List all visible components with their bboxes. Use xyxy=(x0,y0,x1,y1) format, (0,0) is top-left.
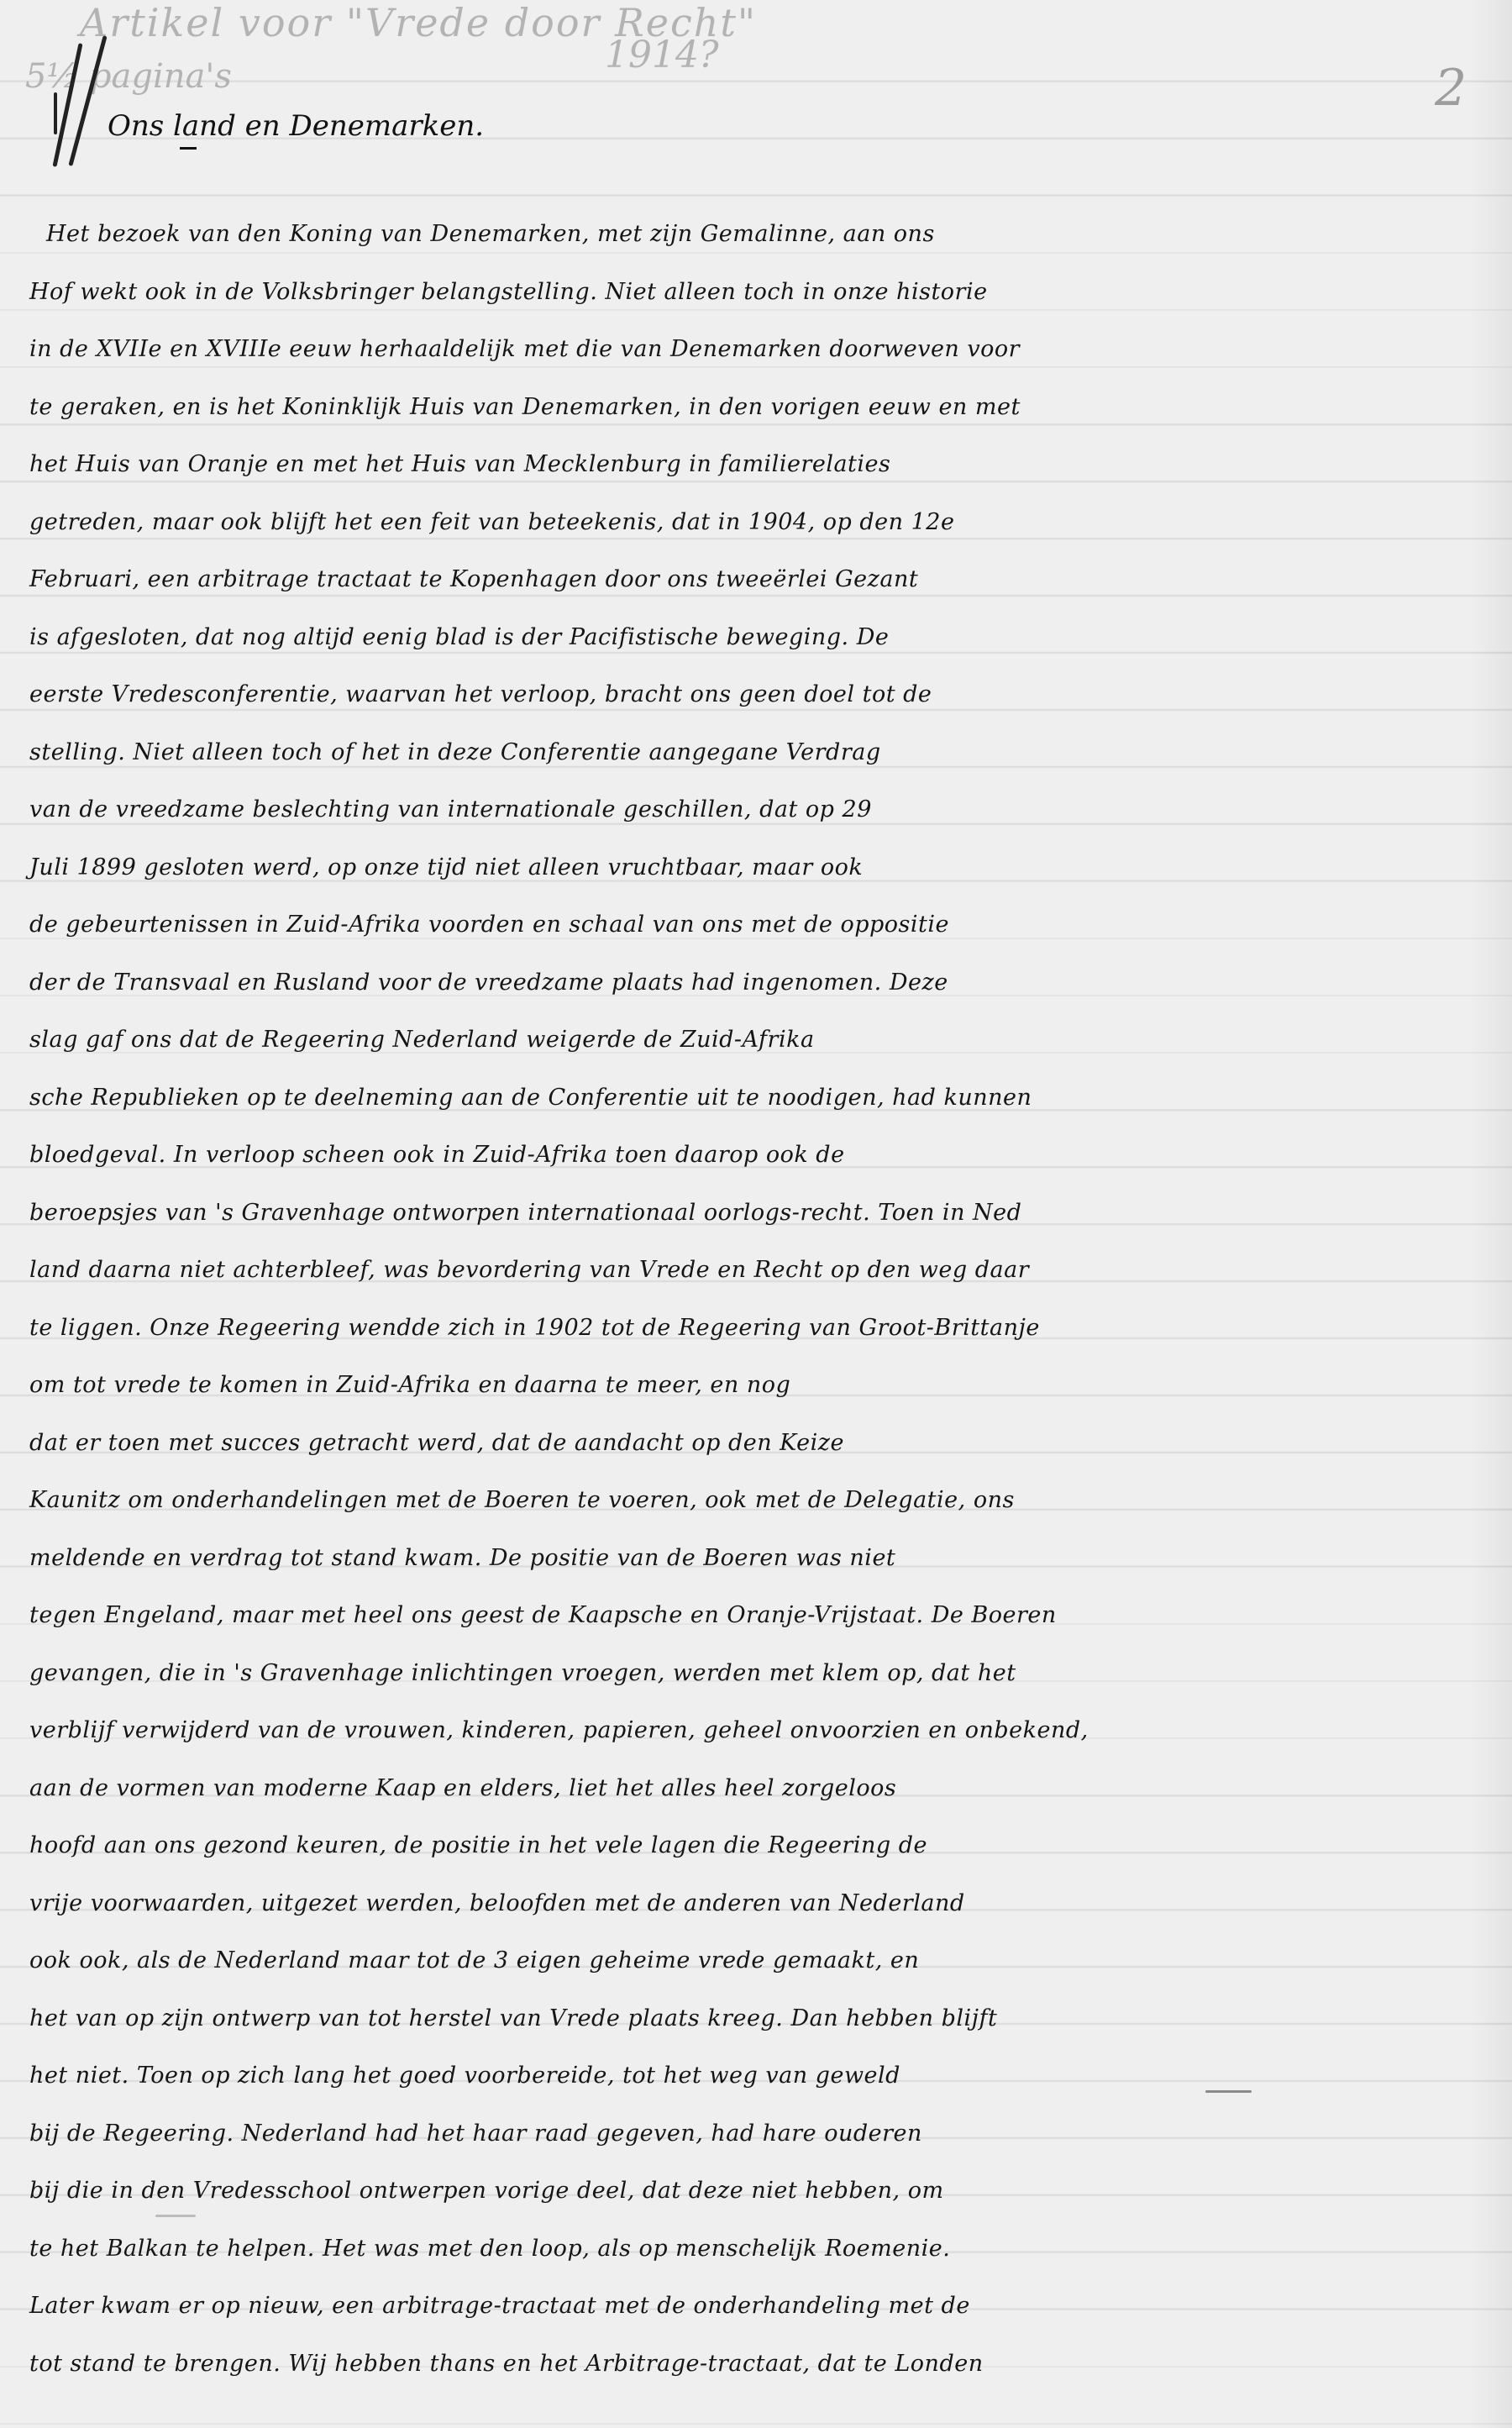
manuscript-line: getreden, maar ook blijft het een feit v… xyxy=(29,494,1289,552)
manuscript-line: tot stand te brengen. Wij hebben thans e… xyxy=(29,2336,1289,2394)
manuscript-line: meldende en verdrag tot stand kwam. De p… xyxy=(29,1530,1289,1588)
manuscript-line: tegen Engeland, maar met heel ons geest … xyxy=(29,1587,1289,1645)
manuscript-line: der de Transvaal en Rusland voor de vree… xyxy=(29,954,1289,1012)
manuscript-line: Later kwam er op nieuw, een arbitrage-tr… xyxy=(29,2278,1289,2336)
manuscript-line: het Huis van Oranje en met het Huis van … xyxy=(29,436,1289,494)
manuscript-line: te het Balkan te helpen. Het was met den… xyxy=(29,2220,1289,2278)
manuscript-line: verblijf verwijderd van de vrouwen, kind… xyxy=(29,1702,1289,1760)
manuscript-line: vrije voorwaarden, uitgezet werden, belo… xyxy=(29,1875,1289,1933)
manuscript-line: het van op zijn ontwerp van tot herstel … xyxy=(29,1990,1289,2048)
pencil-stroke-mark xyxy=(1205,2090,1252,2093)
manuscript-line: Juli 1899 gesloten werd, op onze tijd ni… xyxy=(29,839,1289,897)
manuscript-line: hoofd aan ons gezond keuren, de positie … xyxy=(29,1817,1289,1875)
manuscript-page: Artikel voor "Vrede door Recht" 1914? 5½… xyxy=(0,0,1512,2428)
manuscript-line: gevangen, die in 's Gravenhage inlichtin… xyxy=(29,1645,1289,1703)
manuscript-line: ook ook, als de Nederland maar tot de 3 … xyxy=(29,1932,1289,1990)
manuscript-line: te geraken, en is het Koninklijk Huis va… xyxy=(29,379,1289,437)
manuscript-body: Het bezoek van den Koning van Denemarken… xyxy=(29,206,1289,2393)
manuscript-line: land daarna niet achterbleef, was bevord… xyxy=(29,1242,1289,1300)
manuscript-line: Februari, een arbitrage tractaat te Kope… xyxy=(29,551,1289,609)
margin-ink-mark-icon xyxy=(49,34,99,176)
manuscript-line: bij die in den Vredesschool ontwerpen vo… xyxy=(29,2163,1289,2220)
manuscript-line: te liggen. Onze Regeering wendde zich in… xyxy=(29,1300,1289,1358)
document-title: Ons land en Denemarken. xyxy=(108,109,484,143)
manuscript-line: eerste Vredesconferentie, waarvan het ve… xyxy=(29,666,1289,724)
manuscript-line: stelling. Niet alleen toch of het in dez… xyxy=(29,724,1289,782)
pencil-year-note: 1914? xyxy=(605,34,719,76)
manuscript-line: Het bezoek van den Koning van Denemarken… xyxy=(29,206,1289,264)
manuscript-line: is afgesloten, dat nog altijd eenig blad… xyxy=(29,609,1289,667)
manuscript-line: Hof wekt ook in de Volksbringer belangst… xyxy=(29,264,1289,322)
manuscript-line: bloedgeval. In verloop scheen ook in Zui… xyxy=(29,1127,1289,1185)
manuscript-line: dat er toen met succes getracht werd, da… xyxy=(29,1415,1289,1473)
manuscript-line: van de vreedzame beslechting van interna… xyxy=(29,781,1289,839)
page-edge-shadow xyxy=(1470,0,1512,2428)
manuscript-line: om tot vrede te komen in Zuid-Afrika en … xyxy=(29,1357,1289,1415)
manuscript-line: het niet. Toen op zich lang het goed voo… xyxy=(29,2047,1289,2105)
manuscript-line: in de XVIIe en XVIIIe eeuw herhaaldelijk… xyxy=(29,321,1289,379)
manuscript-line: bij de Regeering. Nederland had het haar… xyxy=(29,2105,1289,2163)
manuscript-line: beroepsjes van 's Gravenhage ontworpen i… xyxy=(29,1185,1289,1243)
title-underline-mark xyxy=(180,147,197,150)
manuscript-line: sche Republieken op te deelneming aan de… xyxy=(29,1069,1289,1127)
pencil-stroke-mark xyxy=(155,2215,196,2217)
page-number: 2 xyxy=(1435,59,1467,118)
manuscript-line: aan de vormen van moderne Kaap en elders… xyxy=(29,1760,1289,1818)
manuscript-line: Kaunitz om onderhandelingen met de Boere… xyxy=(29,1472,1289,1530)
manuscript-line: slag gaf ons dat de Regeering Nederland … xyxy=(29,1012,1289,1069)
manuscript-line: de gebeurtenissen in Zuid-Afrika voorden… xyxy=(29,896,1289,954)
